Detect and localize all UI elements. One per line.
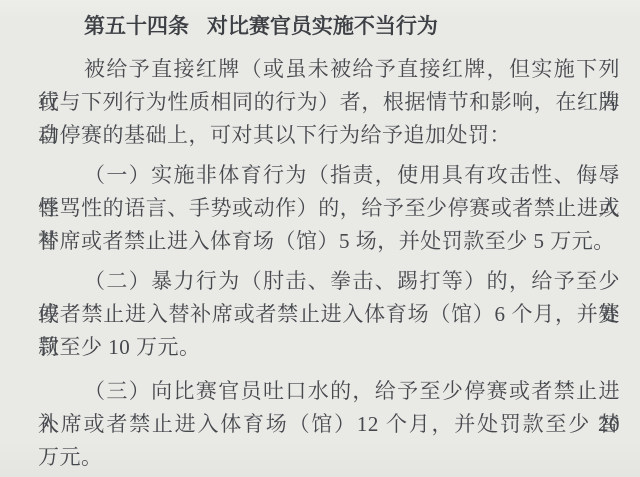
text-line: （二）暴力行为（肘击、拳击、踢打等）的，给予至少停赛	[38, 265, 620, 298]
document-content: 第五十四条对比赛官员实施不当行为 被给予直接红牌（或虽未被给予直接红牌，但实施下…	[38, 10, 620, 474]
text-line: 补席或者禁止进入体育场（馆）12 个月，并处罚款至少 20	[38, 408, 620, 441]
text-line: 补席或者禁止进入体育场（馆）5 场，并处罚款至少 5 万元。	[38, 225, 620, 258]
text-line: （三）向比赛官员吐口水的，给予至少停赛或者禁止进入替	[38, 375, 620, 408]
text-line: 辱骂性的语言、手势或动作）的，给予至少停赛或者禁止进入替	[38, 192, 620, 225]
article-heading: 第五十四条对比赛官员实施不当行为	[38, 10, 620, 43]
paragraph-item-3: （三）向比赛官员吐口水的，给予至少停赛或者禁止进入替 补席或者禁止进入体育场（馆…	[38, 375, 620, 474]
text-line: 款至少 10 万元。	[38, 331, 620, 364]
text-line: 或者禁止进入替补席或者禁止进入体育场（馆）6 个月，并处罚	[38, 298, 620, 331]
text-line: 或与下列行为性质相同的行为）者，根据情节和影响，在红牌自	[38, 86, 620, 119]
text-line: 动停赛的基础上，可对其以下行为给予追加处罚：	[38, 119, 620, 152]
text-line: 被给予直接红牌（或虽未被给予直接红牌，但实施下列行为	[38, 53, 620, 86]
document-page: 第五十四条对比赛官员实施不当行为 被给予直接红牌（或虽未被给予直接红牌，但实施下…	[0, 0, 640, 477]
text-line: （一）实施非体育行为（指责，使用具有攻击性、侮辱性或	[38, 159, 620, 192]
text-line: 万元。	[38, 441, 620, 474]
paragraph-item-2: （二）暴力行为（肘击、拳击、踢打等）的，给予至少停赛 或者禁止进入替补席或者禁止…	[38, 265, 620, 364]
paragraph-intro: 被给予直接红牌（或虽未被给予直接红牌，但实施下列行为 或与下列行为性质相同的行为…	[38, 53, 620, 152]
paragraph-item-1: （一）实施非体育行为（指责，使用具有攻击性、侮辱性或 辱骂性的语言、手势或动作）…	[38, 159, 620, 258]
article-number: 第五十四条	[84, 14, 189, 38]
article-title: 对比赛官员实施不当行为	[207, 14, 438, 38]
